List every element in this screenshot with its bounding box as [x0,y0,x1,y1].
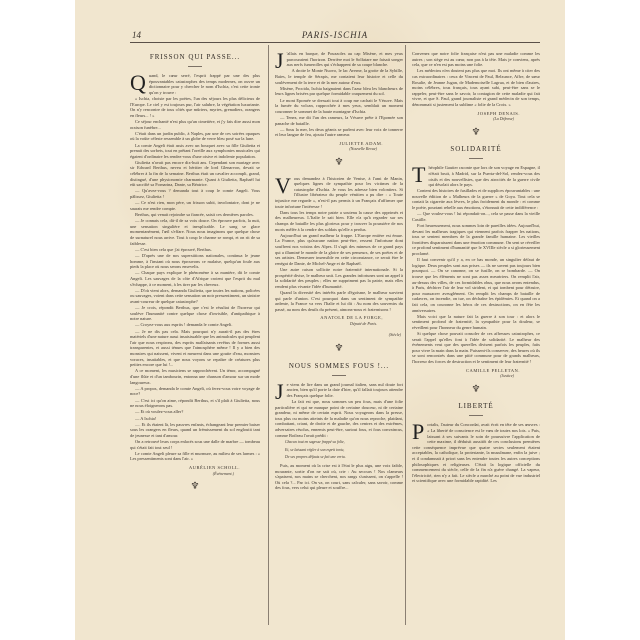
article-body-adam: 'allais en barque, de Pouzzoles au cap M… [275,51,403,138]
verse-line: Et, se laissant régler à son esprit tort… [275,448,403,454]
paragraph: Giulietta n'avait pas encore dix-huit an… [130,160,260,188]
verse-line: De ses propres défauts se fait une vertu… [275,455,403,461]
title-rule [469,415,483,416]
source-label: (Siècle) [275,332,403,338]
title-rule [332,375,346,376]
article-body-liberte: ortalis, l'auteur du Concordat, avait éc… [412,422,540,484]
article-body-fous: e viens de lire dans un grand journal it… [275,382,403,491]
paragraph: e viens de lire dans un grand journal it… [275,382,403,399]
ornament-icon: ♆ [412,387,540,393]
paragraph: Les médecins n'en doutent pas plus que m… [412,68,540,107]
source-label: (Événement.) [130,471,260,477]
author-title: Député de Paris. [275,321,403,327]
ornament-icon: ♆ [412,130,540,136]
paragraph: Aujourd'hui un grand malheur la frappe. … [275,233,403,267]
paragraph: La comte Angeli était assis avec un bouq… [130,143,260,160]
paragraph: La fait est que, nous sommes un peu fous… [275,399,403,438]
dropcap: Q [130,74,146,92]
paragraph: Dans tous les temps notre patrie a soute… [275,210,403,232]
source-label: (Justice) [412,373,540,379]
paragraph: héophile Gautier raconte que lors de son… [412,165,540,187]
article-title-liberte: LIBERTÉ [412,402,540,411]
article-title-frisson: FRISSON QUI PASSE... [130,53,260,62]
ornament-icon: ♆ [275,160,403,166]
paragraph: — Ce n'est rien, mon père, un frisson su… [130,200,260,211]
paragraph: — C'est bien cela que j'ai éprouvé, Bert… [130,247,260,253]
paragraph: Convenez que notre folie française n'est… [412,51,540,68]
paragraph: — D'après une de nos superstitions natio… [130,253,260,270]
paragraph: A droite le Monte Nuovo, le lac Averne, … [275,68,403,85]
page-header: 14 PARIS-ISCHIA [130,30,540,43]
paragraph: — Sous la mer, les deux géants se parlen… [275,127,403,138]
paragraph: — Qu'avez-vous ? demanda tout à coup le … [130,188,260,199]
paragraph: — A propos, demanda le comte Angeli, où … [130,386,260,397]
article-body-denais: Convenez que notre folie française n'est… [412,51,540,108]
verse-line: Chacun tout en sagesse frappé sa folie, [275,440,403,446]
dropcap: V [275,177,291,195]
paragraph: — D'où vient alors, demanda Giulietta, q… [130,288,260,305]
column-2: J 'allais en barque, de Pouzzoles au cap… [268,45,403,625]
source-label: (Nouvelle Revue) [275,146,403,152]
paragraph: Si quelque chose pouvait consoler de ces… [412,331,540,365]
article-title-solidarite: SOLIDARITÉ [412,145,540,154]
paragraph: A ce moment, les musiciens se rapprochèr… [130,368,260,385]
dropcap: T [412,166,425,184]
paragraph: Berthus, qui venait rejoindre sa fiancée… [130,212,260,218]
newspaper-page: 14 PARIS-ISCHIA FRISSON QUI PASSE... Q u… [75,0,565,640]
paragraph: Il faut convenir qu'il y a, en ce bas mo… [412,257,540,313]
source-label: (La Défense) [412,116,540,122]
paragraph: Puis, au moment où la crise est à l'état… [275,463,403,491]
paragraph: Ce séjour enchanté n'est plus qu'un cime… [130,119,260,130]
article-body-frisson: uand, le cœur serré, l'esprit frappé par… [130,73,260,462]
paragraph: Misène, Procida, Ischia baignaient dans … [275,86,403,97]
paragraph: ..... Et ils étaient là, les pauvres enf… [130,422,260,439]
paragraph: Une autre raison sollicite notre fratern… [275,267,403,289]
paragraph: Quand la diversité des intérêts parle d'… [275,290,403,312]
paragraph: 'allais en barque, de Pouzzoles au cap M… [275,51,403,68]
paragraph: Content des histoires de fusillades et d… [412,188,540,210]
paragraph: — Je crois, répondit Berthus, que c'est … [130,305,260,322]
paragraph: — Je connais cela, dit-il de sa voix dou… [130,218,260,246]
paragraph: — A Ischia! [130,416,260,422]
dropcap: J [275,52,284,70]
article-body-solidarite: héophile Gautier raconte que lors de son… [412,165,540,364]
column-1: FRISSON QUI PASSE... Q uand, le cœur ser… [130,45,260,625]
paragraph: ous demandez à l'historien de Venise, à … [275,176,403,210]
title-rule [469,158,483,159]
paragraph: « Ischia, choisie par les poètes, l'un d… [130,96,260,118]
dropcap: P [412,423,424,441]
title-rule [188,66,202,67]
article-body-laforge: ous demandez à l'historien de Venise, à … [275,176,403,313]
paragraph: — Que voulez-vous ! lui répondait-on...,… [412,211,540,222]
paragraph: — Croyez-vous aux esprits ! demanda le c… [130,322,260,328]
paragraph: uand, le cœur serré, l'esprit frappé par… [130,73,260,95]
column-3: Convenez que notre folie française n'est… [405,45,540,625]
article-title-fous: NOUS SOMMES FOUS !... [275,362,403,371]
paragraph: — Chaque pays explique le phénomène à sa… [130,270,260,287]
paragraph: — Je ne dis pas cela. Mais pourquoi n'y … [130,329,260,368]
paragraph: C'était dans un jardin public, à Naples,… [130,131,260,142]
paragraph: — Tenez, me dit l'un des rameurs, la Vés… [275,115,403,126]
paragraph: ortalis, l'auteur du Concordat, avait éc… [412,422,540,484]
dropcap: J [275,383,284,401]
ornament-icon: ♆ [130,484,260,490]
running-title: PARIS-ISCHIA [130,30,540,40]
paragraph: — Et où voulez-vous aller? [130,409,260,415]
paragraph: On a retrouvé leurs corps enlacés sous u… [130,439,260,450]
paragraph: — C'est ici qu'on aime, répondit Berthus… [130,398,260,409]
paragraph: Mais voici que la nature fait la guerre … [412,314,540,331]
ornament-icon: ♆ [275,346,403,352]
paragraph: Fort heureusement, nous sommes loin de p… [412,223,540,257]
paragraph: Le mont Epomée se dressait tout à coup m… [275,98,403,115]
paragraph: Le comte Angeli pleure sa fille et murmu… [130,451,260,462]
